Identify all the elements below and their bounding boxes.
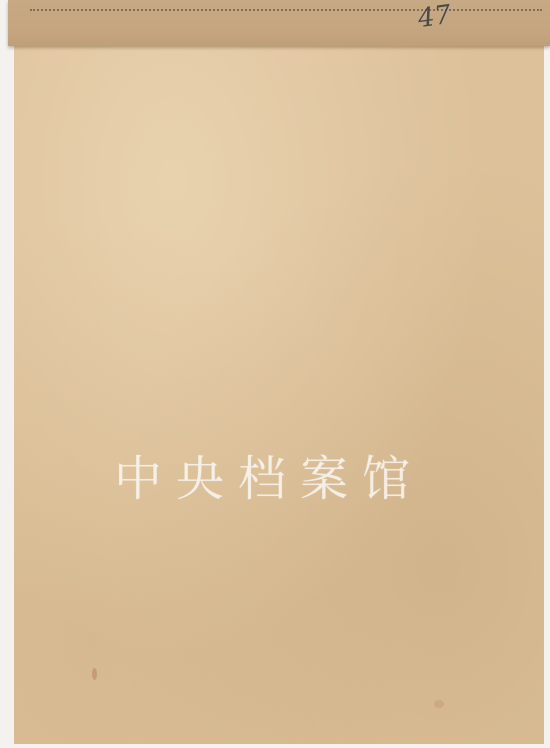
scanned-document: 47 No. 朱 台來 No. 附註 等級 類 194 8.2.28 曾軍長李軍… [0, 0, 550, 748]
ink-stain [92, 668, 97, 680]
handwritten-page-mark: 47 [416, 0, 453, 34]
folded-flap: 47 [8, 0, 550, 46]
ink-stain [434, 700, 444, 708]
telegram-sheet [14, 40, 544, 744]
perforation-line [30, 9, 542, 11]
